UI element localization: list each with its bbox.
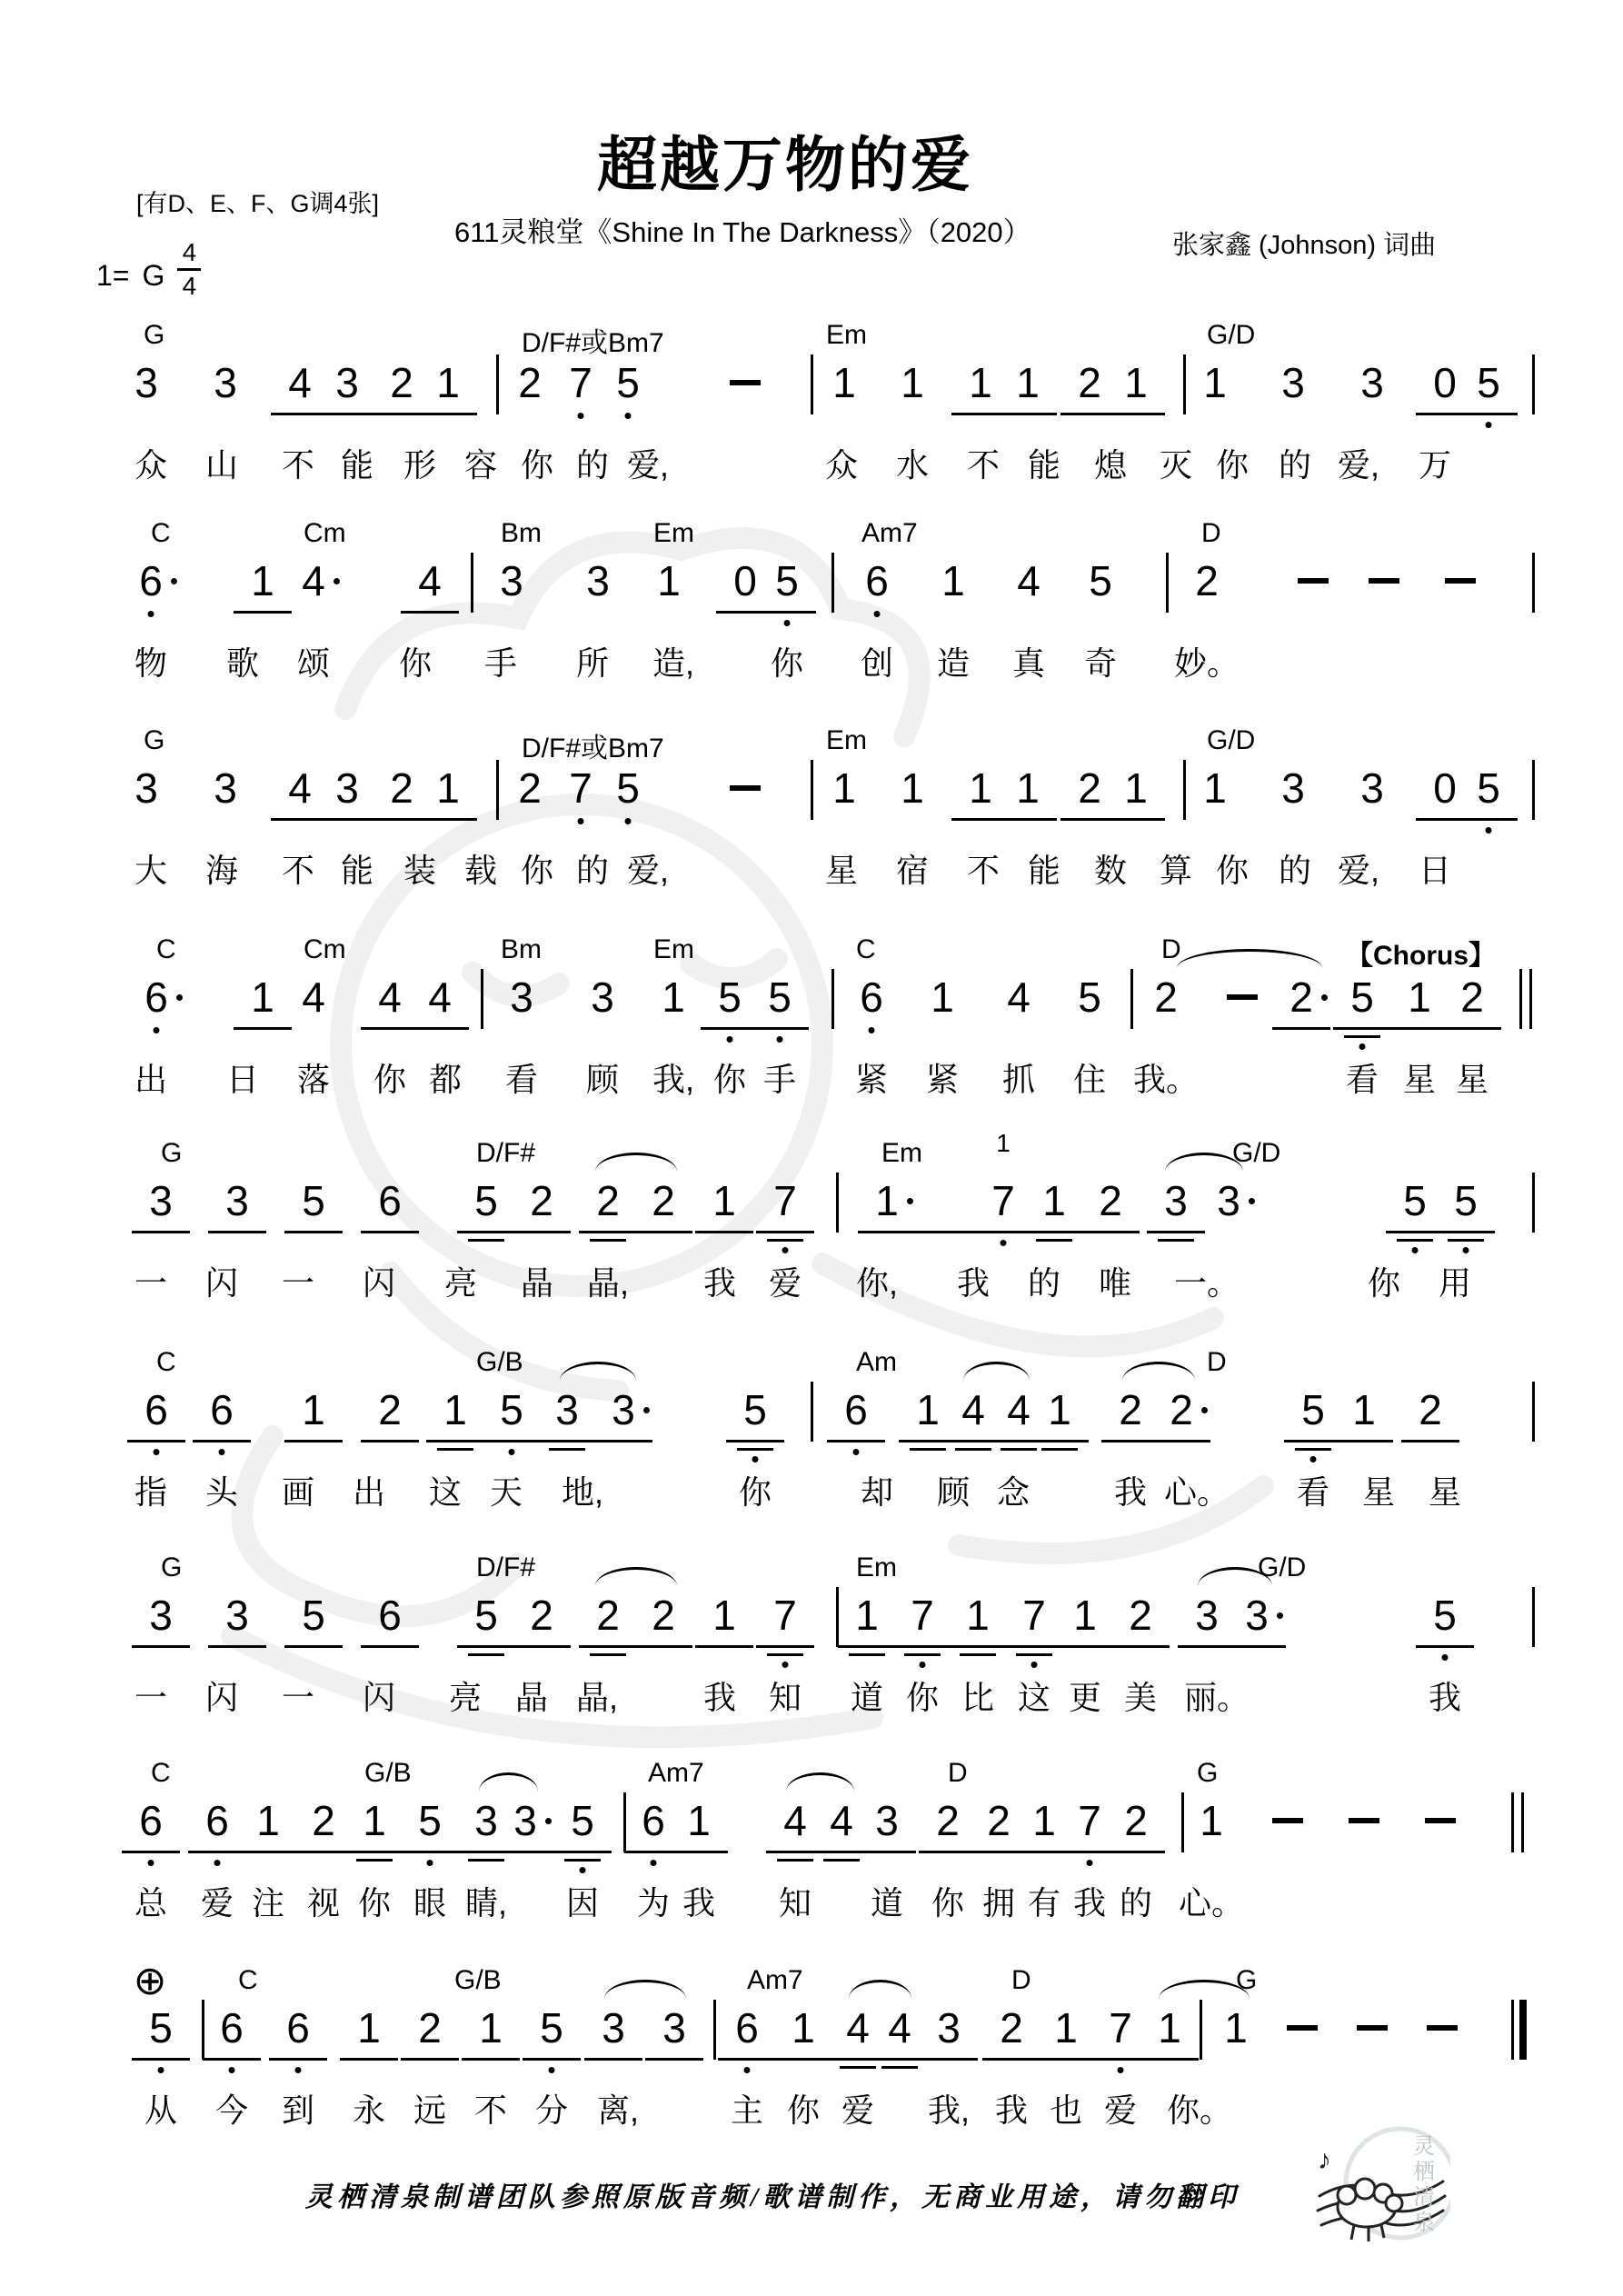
barline [623,1792,626,1852]
lyric-char: 远 [413,2085,446,2131]
barline [836,1587,839,1647]
note-digit: 6 [144,974,168,1021]
octave-dot-below [229,2067,235,2073]
lyric-char: 你 [1216,845,1249,892]
lyric-char: 手 [484,638,517,684]
final-barline [1511,2000,1514,2060]
lyric-char: 视 [307,1878,340,1924]
note-digit: 3 [1281,765,1305,812]
beam-underline-2 [1041,1448,1078,1451]
note-digit: 3 [1281,360,1305,406]
note-digit: 7 [773,1178,797,1224]
chord-label: Cm [304,518,346,549]
beam-underline [419,818,477,821]
lyric-char: 不 [282,845,314,892]
beam-underline [284,1231,343,1233]
lyric-char: 也 [1050,2085,1082,2131]
chord-label: G [1197,1758,1218,1789]
octave-dot-below [295,2067,302,2073]
lyric-char: 用 [1439,1258,1471,1304]
note-digit: 1 [479,2005,503,2051]
lyric-char: 能 [1028,845,1060,892]
augmentation-dot [1321,994,1328,1001]
note-digit: 5 [1454,1178,1478,1224]
note-digit: 2 [518,360,542,406]
lyric-char: 能 [341,440,373,486]
note-digit: 6 [286,2005,310,2051]
barline [1181,1792,1184,1852]
chord-label: D/F#或Bm7 [522,320,664,360]
note-digit: 2 [1000,2005,1023,2051]
barline [1532,1173,1535,1233]
beam-underline [982,2058,1041,2061]
note-digit: 2 [1289,974,1313,1021]
chord-label: C [856,934,876,965]
note-digit: 4 [378,974,402,1021]
note-digit: 1 [1224,2005,1248,2051]
logo-text: 灵栖清泉 [1409,2134,1435,2236]
chord-label: D [1011,1965,1031,1996]
barline [202,2000,204,2060]
note-digit: 3 [1164,1178,1188,1224]
lyric-char: 今 [215,2085,248,2131]
small-note-annotation: 1 [996,1129,1011,1158]
music-system-8: CG/BAm7DG66121533561443221721总爱注视你眼睛,因为我… [0,1758,1623,1967]
time-signature: 4 4 [177,240,201,299]
lyric-char: 画 [282,1467,314,1513]
beam-underline [1107,1851,1165,1853]
chord-label: D/F# [476,1138,535,1169]
note-digit: 2 [596,1592,620,1639]
lyric-char: 一 [282,1258,314,1304]
note-digit: 2 [1124,1798,1148,1844]
lyric-char: 住 [1073,1054,1106,1101]
lyric-char: 你 [713,1054,746,1101]
chord-label: G [161,1552,182,1583]
chorus-marker: 【Chorus】 [1346,933,1496,973]
note-digit: 1 [941,558,965,604]
note-digit: 1 [436,765,460,812]
beam-underline [756,1231,814,1233]
note-digit: 2 [530,1592,553,1639]
lyric-char: 晶 [521,1258,553,1304]
lyric-char: 能 [341,845,373,892]
lyric-char: 日 [1419,845,1451,892]
barline [1532,553,1535,613]
beam-underline [426,1440,484,1442]
sustain-dash [730,785,761,791]
note-digit: 3 [1360,765,1384,812]
note-digit: 5 [1477,765,1500,812]
note-digit: 4 [961,1387,985,1433]
lyric-char: 的 [1279,845,1311,892]
lyric-char: 爱 [201,1878,234,1924]
beam-underline-2 [777,1859,813,1862]
note-digit: 3 [1245,1592,1269,1639]
lyric-char: 我 [703,1258,736,1304]
beam-underline [999,818,1057,821]
sustain-dash [1287,2025,1318,2031]
beam-underline [718,2058,776,2061]
note-digit: 5 [302,1178,325,1224]
note-digit: 3 [134,360,158,406]
barline [471,553,473,613]
note-digit: 2 [1119,1387,1142,1433]
beam-underline [838,1645,896,1648]
note-digit: 1 [256,1798,280,1844]
beam-underline [645,2058,703,2061]
lyric-char: 众 [825,440,858,486]
octave-dot-below [920,1662,926,1668]
note-digit: 5 [540,2005,563,2051]
beam-underline-2 [468,1859,504,1862]
chord-label: G/B [364,1758,412,1789]
octave-dot-below [154,1027,160,1033]
octave-dot-below [1359,1043,1366,1050]
beam-underline [401,611,459,614]
barline [1183,354,1186,414]
music-system-5: GD/F#EmG/D1335652221717123355一闪一闪亮晶晶,我爱你… [0,1138,1623,1347]
lyric-char: 爱, [627,440,669,486]
beam-underline [634,1231,692,1233]
note-digit: 1 [657,558,681,604]
sustain-dash [1298,578,1329,584]
lyric-char: 星 [825,845,858,892]
lyric-char: 我 [957,1258,990,1304]
octave-dot-below [1031,1662,1038,1668]
beam-underline [1056,1645,1114,1648]
lyric-char: 我 [1114,1467,1147,1513]
octave-dot-below [1442,1654,1449,1661]
slur-arc [560,1362,636,1381]
octave-dot-below [782,1247,789,1253]
note-digit: 4 [1007,1387,1031,1433]
beam-underline [538,1440,596,1442]
augmentation-dot [171,578,177,584]
note-digit: 2 [1170,1387,1193,1433]
lyric-char: 你 [906,1672,939,1719]
lyric-char: 这 [429,1467,462,1513]
note-digit: 1 [901,765,924,812]
augmentation-dot [334,578,340,584]
lyric-char: 你。 [1167,2085,1232,2131]
note-digit: 7 [569,360,592,406]
lyric-char: 顾 [586,1054,619,1101]
octave-dot-below [219,1449,225,1455]
double-barline [1529,969,1532,1029]
music-system-4: CCmBmEmCD【Chorus】6144433155614522512出日落你… [0,934,1623,1143]
note-digit: 1 [832,765,856,812]
sustain-dash [1427,2025,1458,2031]
fraction-bar [177,268,201,271]
lyric-char: 你 [1216,440,1249,486]
chord-label: Em [826,320,867,351]
note-digit: 2 [1078,360,1101,406]
beam-underline [132,2058,190,2061]
note-digit: 3 [225,1592,249,1639]
lyric-char: 能 [1028,440,1060,486]
beam-underline [513,1645,571,1648]
note-digit: 1 [931,974,954,1021]
slur-arc [963,1362,1030,1381]
note-digit: 3 [149,1178,173,1224]
lyric-char: 晶 [515,1672,548,1719]
note-digit: 2 [518,765,542,812]
beam-underline [513,1231,571,1233]
beam-underline [893,1645,951,1648]
note-digit: 2 [652,1178,675,1224]
beam-underline [361,1231,419,1233]
octave-dot-below [651,1860,657,1866]
lyric-char: 我, [928,2085,970,2131]
note-digit: 5 [775,558,799,604]
octave-dot-below [1486,827,1492,834]
lyric-char: 睛, [465,1878,507,1924]
note-digit: 7 [569,765,592,812]
octave-dot-below [784,620,791,626]
beam-underline [1140,2058,1199,2061]
note-digit: 6 [139,558,163,604]
beam-underline [208,1645,266,1648]
beam-underline [1459,818,1518,821]
sustain-dash [1369,578,1399,584]
octave-dot-below [1310,1456,1317,1462]
note-digit: 5 [718,974,742,1021]
sustain-dash [1357,2025,1388,2031]
note-digit: 7 [1022,1592,1046,1639]
beam-underline [203,2058,261,2061]
note-digit: 2 [1154,974,1178,1021]
note-digit: 7 [1109,2005,1132,2051]
note-digit: 0 [1433,360,1457,406]
lyric-char: 不 [967,845,1000,892]
lyric-char: 丽。 [1184,1672,1250,1719]
barline [831,553,834,613]
beam-underline [462,2058,520,2061]
note-digit: 6 [378,1592,402,1639]
barline [836,1173,839,1233]
beam-underline [132,1645,190,1648]
note-digit: 3 [1217,1178,1240,1224]
beam-underline [1443,1027,1501,1030]
note-digit: 7 [991,1178,1015,1224]
note-digit: 1 [1203,765,1227,812]
note-digit: 2 [1129,1592,1152,1639]
note-digit: 5 [500,1387,523,1433]
beam-underline-2 [881,2066,918,2069]
barline [496,760,499,820]
note-digit: 3 [225,1178,249,1224]
beam-underline-2 [1001,1448,1037,1451]
variant-note: [有D、E、F、G调4张] [136,184,379,219]
lyric-char: 造 [937,638,970,684]
note-digit: 5 [1350,974,1374,1021]
note-digit: 2 [652,1592,675,1639]
lyric-char: 你 [358,1878,391,1924]
lyric-char: 妙。 [1174,638,1240,684]
beam-underline [1228,1645,1286,1648]
lyric-char: 容 [464,440,497,486]
beam-underline [411,1027,469,1030]
note-digit: 6 [642,1798,665,1844]
lyric-char: 你 [373,1054,406,1101]
note-digit: 1 [901,360,924,406]
octave-dot-below [777,1036,783,1043]
music-system-7: GD/F#EmG/D3356522217171712335一闪一闪亮晶晶,我知道… [0,1552,1623,1762]
barline [481,969,483,1029]
lyric-char: 水 [896,440,929,486]
lyric-char: 出 [134,1054,167,1101]
beam-underline [1107,413,1165,415]
note-digit: 1 [662,974,685,1021]
note-digit: 1 [1042,1178,1066,1224]
note-digit: 1 [1054,2005,1078,2051]
slur-arc [849,1980,911,1999]
lyric-char: 指 [134,1467,167,1513]
beam-underline-2 [910,1448,946,1451]
beam-underline-2 [564,1859,601,1862]
chord-label: C [156,934,176,965]
augmentation-dot [1201,1407,1208,1413]
note-digit: 1 [1016,360,1040,406]
lyric-char: 抓 [1002,1054,1035,1101]
lyric-char: 唯 [1099,1258,1131,1304]
lyric-char: 却 [861,1467,893,1513]
octave-dot-below [578,413,584,419]
note-digit: 2 [378,1387,402,1433]
beam-underline [340,2058,398,2061]
note-digit: 5 [1403,1178,1427,1224]
note-digit: 1 [712,1178,736,1224]
lyric-char: 眼 [413,1878,446,1924]
note-digit: 1 [1124,360,1148,406]
beam-underline [774,2058,832,2061]
beam-underline [457,1645,515,1648]
note-digit: 3 [335,360,359,406]
chord-label: Em [653,934,694,965]
lyric-char: 离, [597,2085,639,2131]
slur-arc [604,1980,686,1999]
chord-label: G/B [454,1965,502,1996]
lyric-char: 星 [1362,1467,1395,1513]
note-digit: 1 [1203,360,1227,406]
lyric-char: 算 [1160,845,1192,892]
note-digit: 3 [937,2005,961,2051]
lyric-char: 我 [1429,1672,1461,1719]
chord-label: D [948,1758,968,1789]
beam-underline-2 [1344,1035,1380,1038]
lyric-char: 道 [871,1878,903,1924]
sheep-icon [1338,2179,1402,2241]
lyric-char: 紧 [926,1054,959,1101]
beam-underline-2 [356,1859,393,1862]
lyric-char: 的 [576,845,609,892]
beam-underline [496,1851,554,1853]
augmentation-dot [643,1407,650,1413]
lyric-char: 都 [429,1054,462,1101]
lyric-char: 你 [931,1878,964,1924]
song-title: 超越万物的爱 [597,116,973,203]
lyric-char: 头 [205,1467,238,1513]
note-digit: 4 [1007,974,1031,1021]
slur-arc [479,1772,538,1792]
note-digit: 1 [1408,974,1431,1021]
key-note: G [142,259,164,293]
lyric-char: 晶, [587,1258,629,1304]
note-digit: 2 [596,1178,620,1224]
lyric-char: 一 [282,1672,314,1719]
beam-underline-2 [1158,1239,1194,1242]
octave-dot-below [869,1027,875,1033]
beam-underline [1390,1027,1449,1030]
octave-dot-below [874,611,881,617]
note-digit: 3 [214,360,237,406]
note-digit: 4 [830,1798,853,1844]
lyric-char: 闪 [363,1672,395,1719]
barline [1532,1382,1535,1442]
beam-underline [751,1027,809,1030]
note-digit: 6 [735,2005,759,2051]
slur-arc [786,1772,854,1792]
lyric-char: 道 [851,1672,883,1719]
beam-underline [127,1440,185,1442]
lyric-char: 形 [403,440,436,486]
barline [831,969,834,1029]
beam-underline [208,1231,266,1233]
beam-underline-2 [1397,1239,1433,1242]
lyric-char: 爱, [1338,845,1379,892]
note-digit: 1 [792,2005,815,2051]
beam-underline [1416,1645,1474,1648]
beam-underline-2 [767,1239,803,1242]
note-digit: 4 [288,360,312,406]
lyric-char: 你, [856,1258,898,1304]
note-digit: 6 [210,1387,234,1433]
note-digit: 1 [1124,765,1148,812]
lyric-char: 我 [995,2085,1028,2131]
note-digit: 4 [418,558,442,604]
lyric-char: 歌 [226,638,259,684]
note-digit: 5 [616,765,640,812]
beam-underline-2 [549,1448,585,1451]
slur-arc [1122,1362,1195,1381]
chord-label: Am7 [747,1965,803,1996]
lyric-char: 星 [1456,1054,1489,1101]
note-digit: 1 [251,558,274,604]
note-digit: 6 [865,558,889,604]
beam-underline [695,1645,753,1648]
barline [1130,969,1133,1029]
lyric-char: 永 [353,2085,385,2131]
lyric-char: 不 [474,2085,507,2131]
octave-dot-below [744,2067,751,2073]
beam-underline [1147,1231,1205,1233]
double-barline [1519,969,1522,1029]
lyric-char: 颂 [297,638,330,684]
note-digit: 1 [1016,765,1040,812]
note-digit: 1 [443,1387,467,1433]
octave-dot-below [158,2067,164,2073]
octave-dot-below [427,1860,433,1866]
beam-underline [949,1645,1007,1648]
barline [811,354,813,414]
note-digit: 1 [436,360,460,406]
note-digit: 7 [911,1592,934,1639]
chord-label: Em [881,1138,922,1169]
lyric-char: 闪 [205,1672,238,1719]
lyric-char: 知 [779,1878,811,1924]
note-digit: 3 [134,765,158,812]
